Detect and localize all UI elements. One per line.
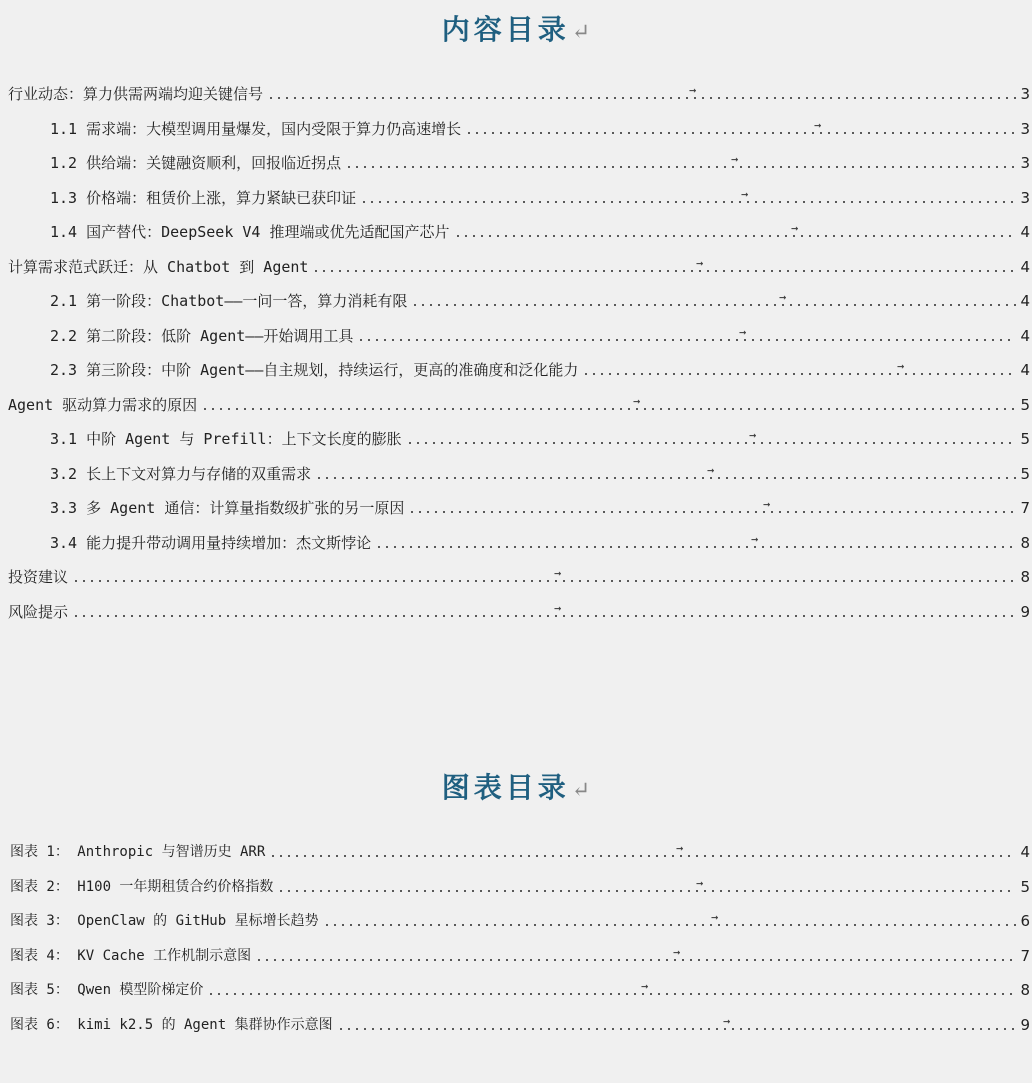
page-number: 8 [1020, 533, 1030, 553]
entry-label: 计算需求范式跃迁：从 Chatbot 到 Agent [8, 257, 308, 277]
dot-leader: → [337, 1028, 1016, 1030]
figure-entry[interactable]: 图表 3： OpenClaw 的 GitHub 星标增长趋势→6 [0, 907, 1032, 931]
toc-entry-level1[interactable]: 计算需求范式跃迁：从 Chatbot 到 Agent→4 [0, 253, 1032, 277]
dot-leader: → [269, 855, 1016, 857]
dot-leader: → [201, 408, 1016, 410]
tab-arrow-icon: → [672, 945, 681, 959]
page-number: 4 [1020, 257, 1030, 277]
figure-entry[interactable]: 图表 6： kimi k2.5 的 Agent 集群协作示意图→9 [0, 1011, 1032, 1035]
page-number: 4 [1020, 326, 1030, 346]
dot-leader: → [582, 373, 1016, 375]
dot-leader: → [267, 97, 1016, 99]
entry-label: 图表 2： H100 一年期租赁合约价格指数 [10, 877, 273, 897]
page-number: 4 [1020, 360, 1030, 380]
entry-label: 3.4 能力提升带动调用量持续增加：杰文斯悖论 [50, 533, 371, 553]
toc-entry-level2[interactable]: 3.2 长上下文对算力与存储的双重需求→5 [0, 460, 1032, 484]
entry-label: 2.1 第一阶段：Chatbot——一问一答，算力消耗有限 [50, 291, 407, 311]
entry-label: 风险提示 [8, 602, 68, 622]
tab-arrow-icon: → [778, 290, 787, 304]
tab-arrow-icon: → [695, 256, 704, 270]
toc-entry-level2[interactable]: 3.3 多 Agent 通信：计算量指数级扩张的另一原因→7 [0, 494, 1032, 518]
figure-entry[interactable]: 图表 5： Qwen 模型阶梯定价→8 [0, 976, 1032, 1000]
page-number: 9 [1020, 602, 1030, 622]
entry-label: 图表 4： KV Cache 工作机制示意图 [10, 946, 251, 966]
dot-leader: → [406, 442, 1016, 444]
page-number: 5 [1020, 429, 1030, 449]
page-number: 8 [1020, 567, 1030, 587]
toc-entry-level2[interactable]: 2.1 第一阶段：Chatbot——一问一答，算力消耗有限→4 [0, 287, 1032, 311]
toc-entry-level2[interactable]: 1.2 供给端：关键融资顺利，回报临近拐点→3 [0, 149, 1032, 173]
tab-arrow-icon: → [722, 1014, 731, 1028]
tab-arrow-icon: → [738, 325, 747, 339]
dot-leader: → [465, 132, 1016, 134]
toc-entry-level1[interactable]: 投资建议→8 [0, 563, 1032, 587]
paragraph-mark-icon: ↵ [572, 20, 590, 45]
page-number: 6 [1020, 911, 1030, 931]
entry-label: 图表 1： Anthropic 与智谱历史 ARR [10, 842, 265, 862]
tab-arrow-icon: → [730, 152, 739, 166]
page-number: 7 [1020, 946, 1030, 966]
tab-arrow-icon: → [553, 601, 562, 615]
toc-entry-level1[interactable]: 风险提示→9 [0, 598, 1032, 622]
tab-arrow-icon: → [762, 497, 771, 511]
dot-leader: → [375, 546, 1016, 548]
contents-title-text: 内容目录 [442, 13, 570, 46]
entry-label: 1.4 国产替代：DeepSeek V4 推理端或优先适配国产芯片 [50, 222, 450, 242]
dot-leader: → [255, 959, 1016, 961]
entry-label: 图表 3： OpenClaw 的 GitHub 星标增长趋势 [10, 911, 319, 931]
entry-label: 3.2 长上下文对算力与存储的双重需求 [50, 464, 311, 484]
dot-leader: → [72, 615, 1016, 617]
entry-label: 2.2 第二阶段：低阶 Agent——开始调用工具 [50, 326, 353, 346]
page-number: 4 [1020, 842, 1030, 862]
dot-leader: → [207, 993, 1016, 995]
entry-label: 3.1 中阶 Agent 与 Prefill：上下文长度的膨胀 [50, 429, 402, 449]
entry-label: 1.3 价格端：租赁价上涨，算力紧缺已获印证 [50, 188, 356, 208]
tab-arrow-icon: → [706, 463, 715, 477]
entry-label: 行业动态：算力供需两端均迎关键信号 [8, 84, 263, 104]
entry-label: 3.3 多 Agent 通信：计算量指数级扩张的另一原因 [50, 498, 404, 518]
toc-entry-level2[interactable]: 3.4 能力提升带动调用量持续增加：杰文斯悖论→8 [0, 529, 1032, 553]
entry-label: 图表 5： Qwen 模型阶梯定价 [10, 980, 203, 1000]
entry-label: 图表 6： kimi k2.5 的 Agent 集群协作示意图 [10, 1015, 333, 1035]
tab-arrow-icon: → [695, 876, 704, 890]
toc-entry-level1[interactable]: Agent 驱动算力需求的原因→5 [0, 391, 1032, 415]
tab-arrow-icon: → [748, 428, 757, 442]
page-number: 5 [1020, 395, 1030, 415]
dot-leader: → [454, 235, 1017, 237]
page-number: 8 [1020, 980, 1030, 1000]
tab-arrow-icon: → [710, 910, 719, 924]
page-number: 3 [1020, 84, 1030, 104]
figure-entry[interactable]: 图表 1： Anthropic 与智谱历史 ARR→4 [0, 838, 1032, 862]
toc-entry-level2[interactable]: 2.2 第二阶段：低阶 Agent——开始调用工具→4 [0, 322, 1032, 346]
entry-label: Agent 驱动算力需求的原因 [8, 395, 197, 415]
page-number: 5 [1020, 877, 1030, 897]
contents-title: 内容目录↵ [0, 8, 1032, 48]
page-number: 9 [1020, 1015, 1030, 1035]
tab-arrow-icon: → [813, 118, 822, 132]
toc-entry-level1[interactable]: 行业动态：算力供需两端均迎关键信号→3 [0, 80, 1032, 104]
page-number: 4 [1020, 291, 1030, 311]
tab-arrow-icon: → [640, 979, 649, 993]
dot-leader: → [411, 304, 1016, 306]
dot-leader: → [323, 924, 1016, 926]
tab-arrow-icon: → [632, 394, 641, 408]
page-number: 3 [1020, 119, 1030, 139]
tab-arrow-icon: → [675, 841, 684, 855]
tab-arrow-icon: → [790, 221, 799, 235]
toc-entry-level2[interactable]: 1.1 需求端：大模型调用量爆发，国内受限于算力仍高速增长→3 [0, 115, 1032, 139]
tab-arrow-icon: → [553, 566, 562, 580]
figures-title: 图表目录↵ [0, 766, 1032, 806]
tab-arrow-icon: → [740, 187, 749, 201]
figure-entry[interactable]: 图表 2： H100 一年期租赁合约价格指数→5 [0, 873, 1032, 897]
entry-label: 2.3 第三阶段：中阶 Agent——自主规划，持续运行，更高的准确度和泛化能力 [50, 360, 578, 380]
dot-leader: → [357, 339, 1016, 341]
dot-leader: → [345, 166, 1016, 168]
page-number: 3 [1020, 153, 1030, 173]
toc-entry-level2[interactable]: 2.3 第三阶段：中阶 Agent——自主规划，持续运行，更高的准确度和泛化能力… [0, 356, 1032, 380]
entry-label: 1.2 供给端：关键融资顺利，回报临近拐点 [50, 153, 341, 173]
dot-leader: → [360, 201, 1016, 203]
dot-leader: → [277, 890, 1016, 892]
tab-arrow-icon: → [750, 532, 759, 546]
page-number: 3 [1020, 188, 1030, 208]
entry-label: 投资建议 [8, 567, 68, 587]
figure-entry[interactable]: 图表 4： KV Cache 工作机制示意图→7 [0, 942, 1032, 966]
dot-leader: → [72, 580, 1016, 582]
dot-leader: → [408, 511, 1016, 513]
page-number: 4 [1020, 222, 1030, 242]
tab-arrow-icon: → [688, 83, 697, 97]
dot-leader: → [312, 270, 1016, 272]
toc-entry-level2[interactable]: 3.1 中阶 Agent 与 Prefill：上下文长度的膨胀→5 [0, 425, 1032, 449]
toc-entry-level2[interactable]: 1.3 价格端：租赁价上涨，算力紧缺已获印证→3 [0, 184, 1032, 208]
toc-entry-level2[interactable]: 1.4 国产替代：DeepSeek V4 推理端或优先适配国产芯片→4 [0, 218, 1032, 242]
dot-leader: → [315, 477, 1016, 479]
tab-arrow-icon: → [896, 359, 905, 373]
page-number: 5 [1020, 464, 1030, 484]
figures-title-text: 图表目录 [442, 771, 570, 804]
page-number: 7 [1020, 498, 1030, 518]
entry-label: 1.1 需求端：大模型调用量爆发，国内受限于算力仍高速增长 [50, 119, 461, 139]
paragraph-mark-icon: ↵ [572, 778, 590, 803]
